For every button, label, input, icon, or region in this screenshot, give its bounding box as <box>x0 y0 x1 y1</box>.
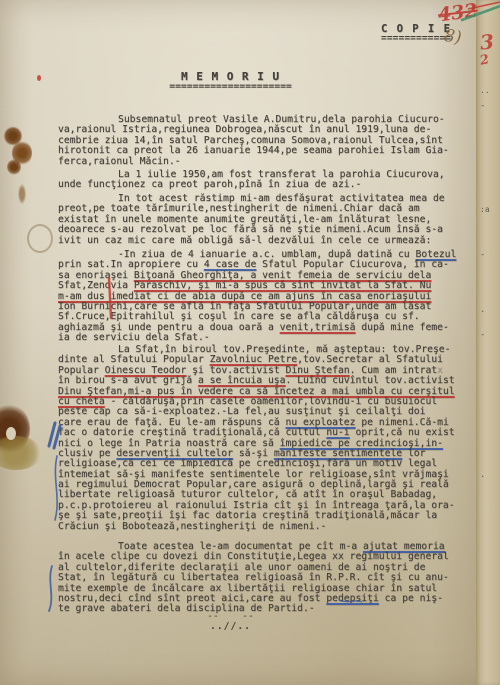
right-edge-strip: 32..-:a-.-. <box>476 0 500 685</box>
document-line: unde funcţionez ca preot paroh,pînă în z… <box>58 180 458 190</box>
text-segment: dinte al Sfatului Popular <box>58 354 210 365</box>
text-segment: ferca,raionul Măcin.- <box>58 156 180 167</box>
text-segment: ivit un caz mic care mă obligă să-l dezv… <box>58 235 431 246</box>
ring-stain <box>27 224 53 253</box>
ink-blot-stain <box>0 404 30 454</box>
text-segment: deoarece s-au rezolvat pe loc fără să ne… <box>58 224 443 235</box>
document-line: ivit un caz mic care mă obligă să-l dezv… <box>58 236 458 246</box>
paragraph: La 1 iulie 1950,am fost transferat la pa… <box>58 170 458 191</box>
red-ink-dot <box>37 75 41 81</box>
blue-margin-line <box>55 456 57 520</box>
text-segment: în birou s-a avut grijă <box>58 375 198 386</box>
blue-marked-text: împiedice pe credincioşi,in- <box>280 438 443 449</box>
paragraph: Toate acestea le-am documentat pe cît m-… <box>58 542 458 615</box>
text-segment: preot,pe toate tărîmurile,nestingherit d… <box>58 203 420 214</box>
red-marked-text: venit,trimisă <box>280 322 356 333</box>
red-marked-text: Paraschiv, şi mi-a spus că sînt invitat … <box>134 280 431 291</box>
red-marked-text: Dinu Ştefan,mi-a pus în vedere ca să înc… <box>58 386 455 397</box>
strip-mark: .. <box>480 86 490 95</box>
page-title-underline: ===================== <box>58 81 403 92</box>
text-segment: ia de serviciu dela Sfat.- <box>58 332 210 343</box>
strip-mark: - <box>480 101 485 111</box>
text-segment: Sf.Cruce,Epitrahilul şi coşul în care se… <box>58 311 420 322</box>
text-segment: religioase,că cei ce împiedică pe credin… <box>58 458 437 469</box>
text-segment: ,tov.Secretar al Sfatului <box>297 354 443 365</box>
blue-marked-text: nu-i <box>326 427 349 438</box>
document-line: Crăciun şi Bobotează,nestingheriţi de ni… <box>58 522 458 532</box>
strip-mark: - <box>480 330 485 340</box>
text-segment: ca pe niş- <box>379 593 443 604</box>
text-segment: va,raionul Istria,regiunea Dobrogea,născ… <box>58 124 431 135</box>
text-segment: şe şi sate,preoţii îşi fac datoria creşt… <box>58 510 437 521</box>
scanned-memo-page: 32..-:a-.-. C O P I E ============ 432 8… <box>0 0 500 685</box>
strip-mark: 3 <box>479 29 495 54</box>
text-segment: nici o lege în Patria noastră care să <box>58 438 280 449</box>
text-segment: mite exemple de încălcare ax libertăţii … <box>58 583 437 594</box>
text-segment: prin sat.In apropiere cu <box>58 259 204 270</box>
paragraph: La Sfat,în biroul tov.Preşedinte, mă aşt… <box>58 345 458 532</box>
text-segment: hirotonit ca preot la 26 ianuarie 1944,p… <box>58 145 449 156</box>
document-line: ferca,raionul Măcin.- <box>58 157 458 167</box>
paragraph: Subsemnatul preot Vasile A.Dumitru,dela … <box>58 115 458 167</box>
strip-mark: - <box>480 250 485 260</box>
text-segment: Stat, în legătură cu libertatea religioa… <box>58 572 449 583</box>
text-segment: peste cap ca să-i-exploatez.-La fel,au s… <box>58 406 425 417</box>
blue-margin-curve <box>49 566 52 611</box>
text-segment: Sfatul Popular Ciucurova, în ca- <box>256 259 448 270</box>
blue-marked-text: pedepsiţi <box>326 593 379 604</box>
handwritten-page-number: 8) <box>443 26 463 48</box>
rust-stain <box>7 159 21 175</box>
strip-mark: 2 <box>479 52 491 69</box>
stain-hole <box>6 427 16 440</box>
text-segment: . Luînd cuvîntul tov.activist <box>285 375 454 386</box>
text-segment: după mine feme- <box>355 322 448 333</box>
footer-end-mark: ..//.. <box>58 621 403 632</box>
strip-mark: . <box>480 305 485 315</box>
text-segment: Sfat,Zenovia <box>58 280 134 291</box>
copy-underline: ============ <box>381 33 451 44</box>
rust-stain <box>12 140 32 166</box>
red-marked-text: a se încuia uşa <box>198 375 286 386</box>
red-marked-text: Zavolniuc Petre <box>210 354 298 365</box>
text-segment: în acele clipe cu dovezi din Constituţie… <box>58 551 449 562</box>
text-segment: unde funcţionez ca preot paroh,pînă în z… <box>58 179 361 190</box>
blue-marked-text: 4 case de <box>204 259 257 270</box>
handwritten-crossed-number: 432 <box>437 0 479 26</box>
strip-mark: . <box>480 470 485 480</box>
text-segment: Crăciun şi Bobotează,nestingheriţi de ni… <box>58 521 326 532</box>
paragraph: -In ziua de 4 ianuarie a.c. umblam, după… <box>58 250 458 344</box>
paragraph: In tot acest răstimp mi-am desfăşurat ac… <box>58 194 458 246</box>
document-line: ia de serviciu dela Sfat.- <box>58 333 458 343</box>
faint-marked-text: x <box>437 365 443 376</box>
text-segment: libertate religioasă tuturor cultelor, c… <box>58 489 437 500</box>
drip-stain <box>18 184 26 204</box>
red-marked-text: m-am dus imediat ci de abia după ce am a… <box>58 291 431 302</box>
strip-mark: :a <box>480 205 490 214</box>
text-segment: oprit,că nu exist <box>350 427 455 438</box>
text-segment: fac o datorie creştină tradiţională,că c… <box>58 427 326 438</box>
rust-stain <box>4 126 22 146</box>
olive-stain <box>0 436 42 470</box>
